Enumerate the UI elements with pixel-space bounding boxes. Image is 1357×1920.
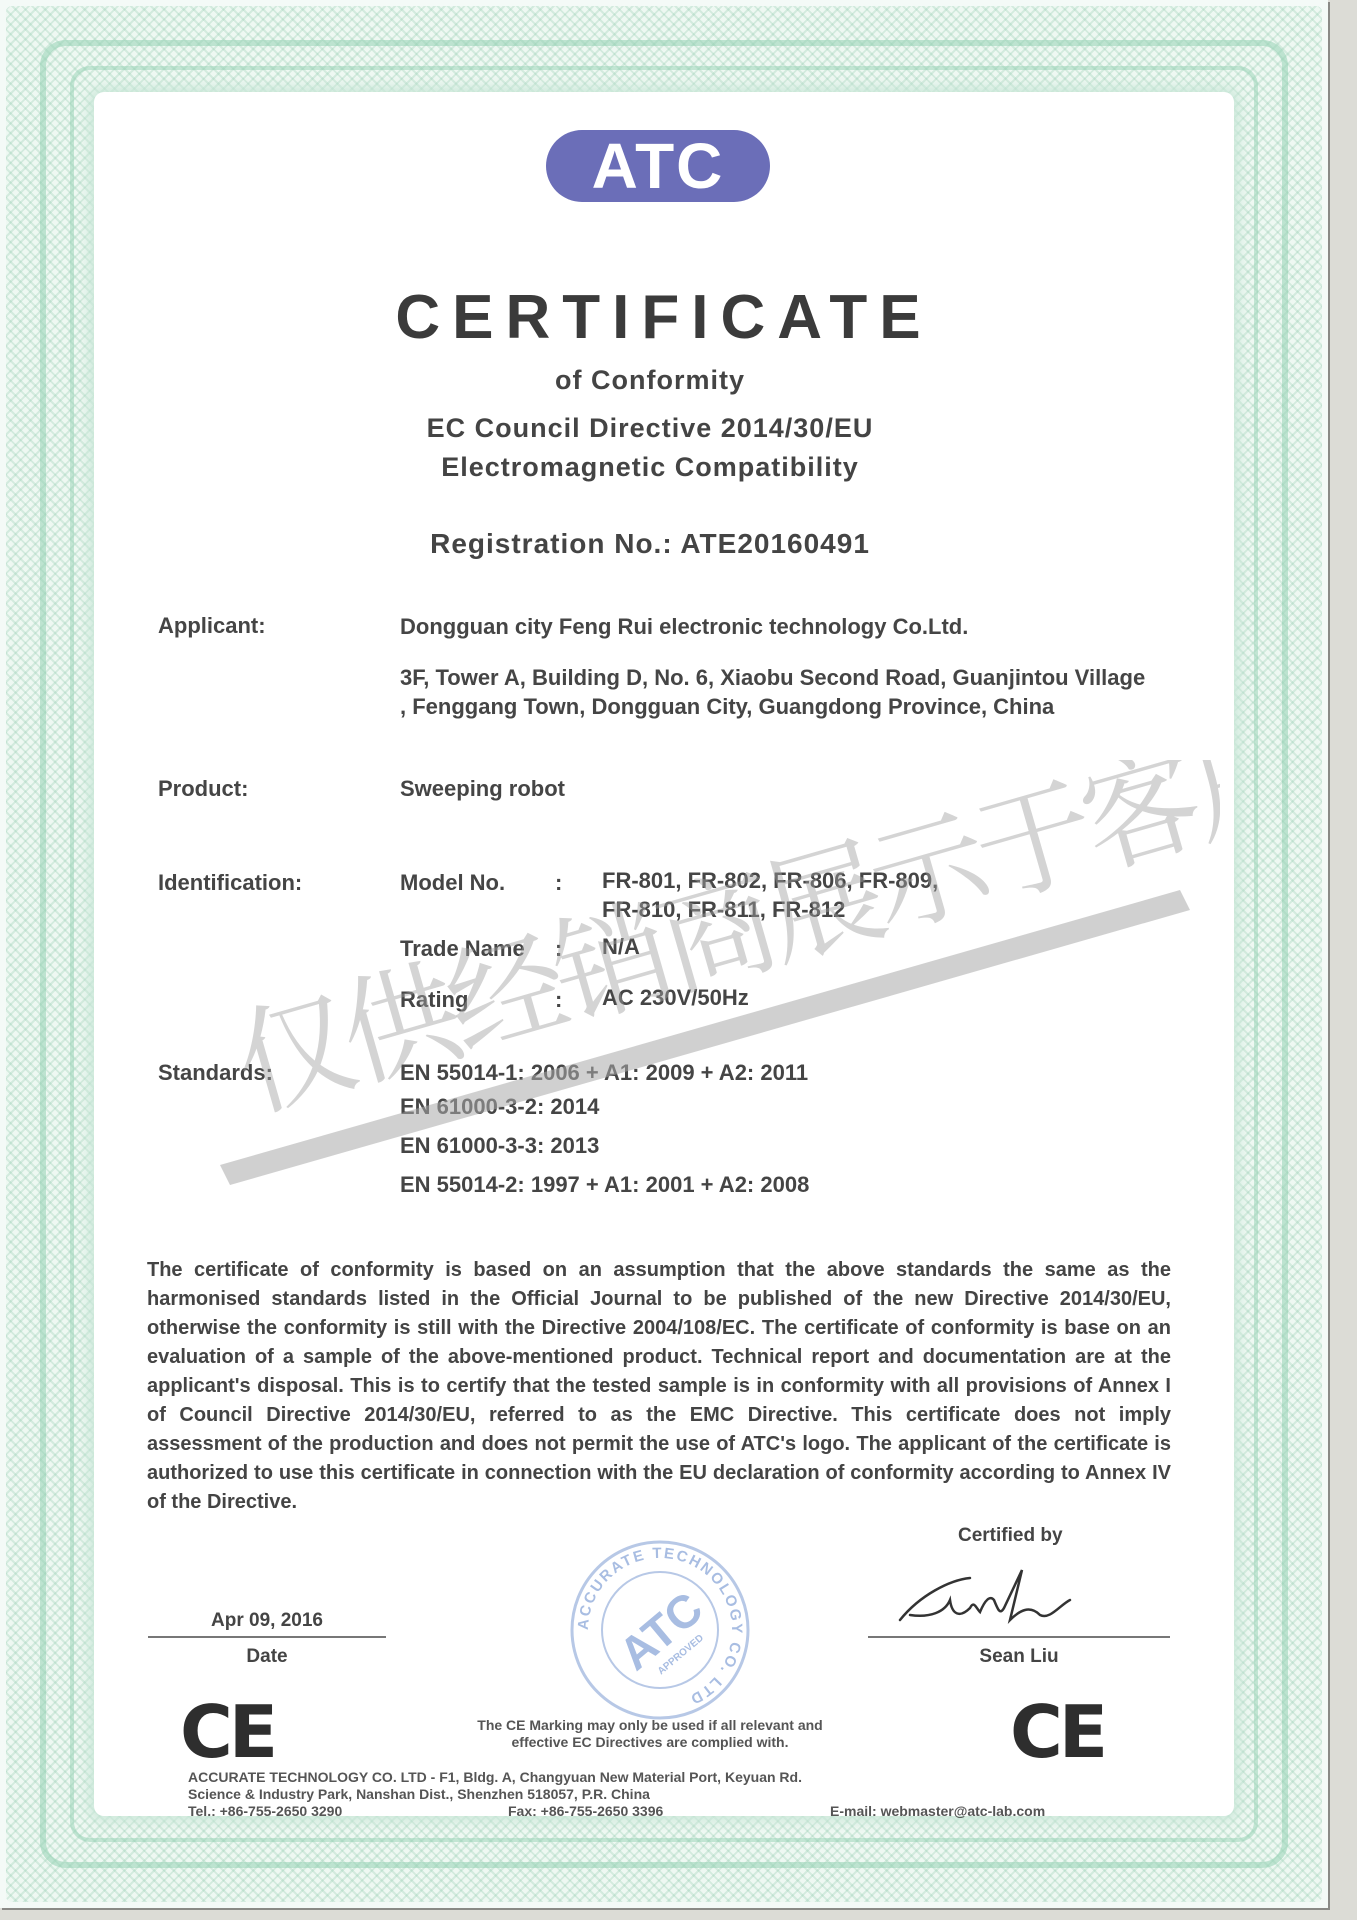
applicant-label: Applicant: xyxy=(158,613,266,639)
trade-name-colon: : xyxy=(555,936,562,962)
product-label: Product: xyxy=(158,776,248,802)
model-no-line-1: FR-801, FR-802, FR-806, FR-809, xyxy=(602,866,938,895)
footer-tel: Tel.: +86-755-2650 3290 xyxy=(188,1803,342,1819)
standard-item: EN 61000-3-2: 2014 xyxy=(400,1094,599,1120)
trade-name-value: N/A xyxy=(602,932,640,961)
trade-name-label: Trade Name xyxy=(400,936,525,962)
standard-item: EN 61000-3-3: 2013 xyxy=(400,1133,599,1159)
logo-text: ATC xyxy=(592,134,725,198)
model-no-value: FR-801, FR-802, FR-806, FR-809, FR-810, … xyxy=(602,866,938,924)
footer-email[interactable]: E-mail: webmaster@atc-lab.com xyxy=(830,1803,1045,1819)
subtitle-emc: Electromagnetic Compatibility xyxy=(0,452,1300,483)
atc-logo: ATC xyxy=(546,130,770,202)
footer-address-1: ACCURATE TECHNOLOGY CO. LTD - F1, Bldg. … xyxy=(188,1769,802,1785)
issue-date: Apr 09, 2016 xyxy=(148,1610,386,1632)
registration-number: Registration No.: ATE20160491 xyxy=(0,528,1300,560)
ce-note-line-2: effective EC Directives are complied wit… xyxy=(0,1734,1300,1750)
applicant-address-1: 3F, Tower A, Building D, No. 6, Xiaobu S… xyxy=(400,665,1145,691)
signature-underline xyxy=(868,1636,1170,1638)
standard-item: EN 55014-1: 2006 + A1: 2009 + A2: 2011 xyxy=(400,1060,808,1086)
signature xyxy=(890,1560,1090,1640)
model-no-line-2: FR-810, FR-811, FR-812 xyxy=(602,895,938,924)
certificate-title: CERTIFICATE xyxy=(0,282,1328,353)
subtitle-conformity: of Conformity xyxy=(0,365,1300,396)
standards-label: Standards: xyxy=(158,1060,273,1086)
footer-address-2: Science & Industry Park, Nanshan Dist., … xyxy=(188,1786,650,1802)
rating-colon: : xyxy=(555,987,562,1013)
atc-seal-stamp: ACCURATE TECHNOLOGY CO. LTD ATC APPROVED xyxy=(565,1535,755,1725)
ce-note-line-1: The CE Marking may only be used if all r… xyxy=(0,1717,1300,1733)
rating-label: Rating xyxy=(400,987,468,1013)
date-underline xyxy=(148,1636,386,1638)
rating-value: AC 230V/50Hz xyxy=(602,983,749,1012)
certificate-sheet: ATC CERTIFICATE of Conformity EC Council… xyxy=(0,0,1328,1908)
model-no-label: Model No. xyxy=(400,870,505,896)
date-label: Date xyxy=(148,1646,386,1668)
applicant-address-2: , Fenggang Town, Dongguan City, Guangdon… xyxy=(400,694,1054,720)
applicant-name: Dongguan city Feng Rui electronic techno… xyxy=(400,614,968,640)
certified-by-label: Certified by xyxy=(958,1525,1063,1547)
standard-item: EN 55014-2: 1997 + A1: 2001 + A2: 2008 xyxy=(400,1172,809,1198)
model-no-colon: : xyxy=(555,870,562,896)
product-value: Sweeping robot xyxy=(400,776,565,802)
subtitle-directive: EC Council Directive 2014/30/EU xyxy=(0,413,1300,444)
identification-label: Identification: xyxy=(158,870,302,896)
signer-name: Sean Liu xyxy=(868,1646,1170,1668)
conformity-statement: The certificate of conformity is based o… xyxy=(147,1256,1171,1517)
footer-fax: Fax: +86-755-2650 3396 xyxy=(508,1803,663,1819)
